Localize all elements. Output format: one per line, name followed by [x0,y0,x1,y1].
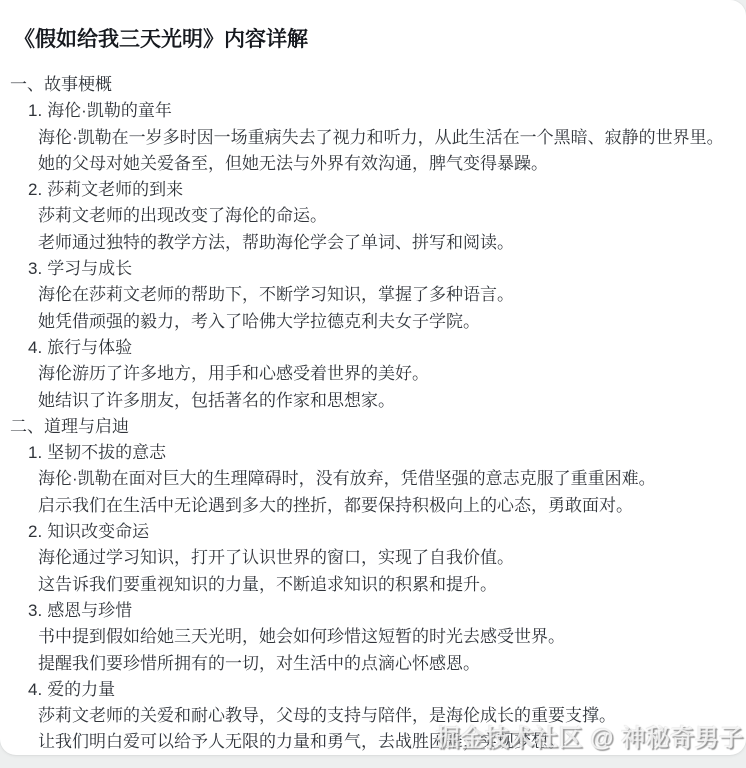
list-item: 1. 海伦·凯勒的童年 [10,98,738,124]
article-card: 《假如给我三天光明》内容详解 一、故事梗概 1. 海伦·凯勒的童年 海伦·凯勒在… [0,0,746,755]
list-item: 3. 学习与成长 [10,256,738,282]
paragraph-line: 海伦通过学习知识，打开了认识世界的窗口，实现了自我价值。 [10,545,738,571]
list-item: 2. 知识改变命运 [10,519,738,545]
article-title: 《假如给我三天光明》内容详解 [14,28,738,52]
list-item-number: 3. [28,256,42,282]
article-content: 《假如给我三天光明》内容详解 一、故事梗概 1. 海伦·凯勒的童年 海伦·凯勒在… [0,0,746,755]
paragraph-line: 这告诉我们要重视知识的力量，不断追求知识的积累和提升。 [10,572,738,598]
paragraph-line: 海伦在莎莉文老师的帮助下，不断学习知识，掌握了多种语言。 [10,282,738,308]
list-item-title: 海伦·凯勒的童年 [47,98,172,124]
list-item-number: 2. [28,519,42,545]
paragraph-line: 让我们明白爱可以给予人无限的力量和勇气，去战胜困难，实现梦想。 [10,729,738,755]
paragraph-line: 她的父母对她关爱备至，但她无法与外界有效沟通，脾气变得暴躁。 [10,151,738,177]
list-item-number: 3. [28,598,42,624]
list-item: 2. 莎莉文老师的到来 [10,177,738,203]
paragraph-line: 启示我们在生活中无论遇到多大的挫折，都要保持积极向上的心态，勇敢面对。 [10,493,738,519]
list-item-title: 爱的力量 [47,677,115,703]
paragraph-line: 书中提到假如给她三天光明，她会如何珍惜这短暂的时光去感受世界。 [10,624,738,650]
list-item-title: 莎莉文老师的到来 [47,177,183,203]
paragraph-line: 海伦·凯勒在面对巨大的生理障碍时，没有放弃，凭借坚强的意志克服了重重困难。 [10,466,738,492]
paragraph-line: 她凭借顽强的毅力，考入了哈佛大学拉德克利夫女子学院。 [10,309,738,335]
list-item-number: 1. [28,98,42,124]
list-item-title: 知识改变命运 [47,519,149,545]
paragraph-line: 莎莉文老师的出现改变了海伦的命运。 [10,203,738,229]
paragraph-line: 她结识了许多朋友，包括著名的作家和思想家。 [10,388,738,414]
paragraph-line: 海伦·凯勒在一岁多时因一场重病失去了视力和听力，从此生活在一个黑暗、寂静的世界里… [10,125,738,151]
list-item-number: 2. [28,177,42,203]
list-item-number: 1. [28,440,42,466]
list-item-number: 4. [28,677,42,703]
list-item: 3. 感恩与珍惜 [10,598,738,624]
paragraph-line: 提醒我们要珍惜所拥有的一切，对生活中的点滴心怀感恩。 [10,651,738,677]
list-item: 1. 坚韧不拔的意志 [10,440,738,466]
section-heading: 二、道理与启迪 [10,414,738,440]
list-item-number: 4. [28,335,42,361]
paragraph-line: 海伦游历了许多地方，用手和心感受着世界的美好。 [10,361,738,387]
paragraph-line: 莎莉文老师的关爱和耐心教导，父母的支持与陪伴，是海伦成长的重要支撑。 [10,703,738,729]
list-item-title: 感恩与珍惜 [47,598,132,624]
section-heading: 一、故事梗概 [10,72,738,98]
list-item: 4. 爱的力量 [10,677,738,703]
list-item-title: 旅行与体验 [47,335,132,361]
paragraph-line: 老师通过独特的教学方法，帮助海伦学会了单词、拼写和阅读。 [10,230,738,256]
list-item: 4. 旅行与体验 [10,335,738,361]
list-item-title: 坚韧不拔的意志 [47,440,166,466]
list-item-title: 学习与成长 [47,256,132,282]
